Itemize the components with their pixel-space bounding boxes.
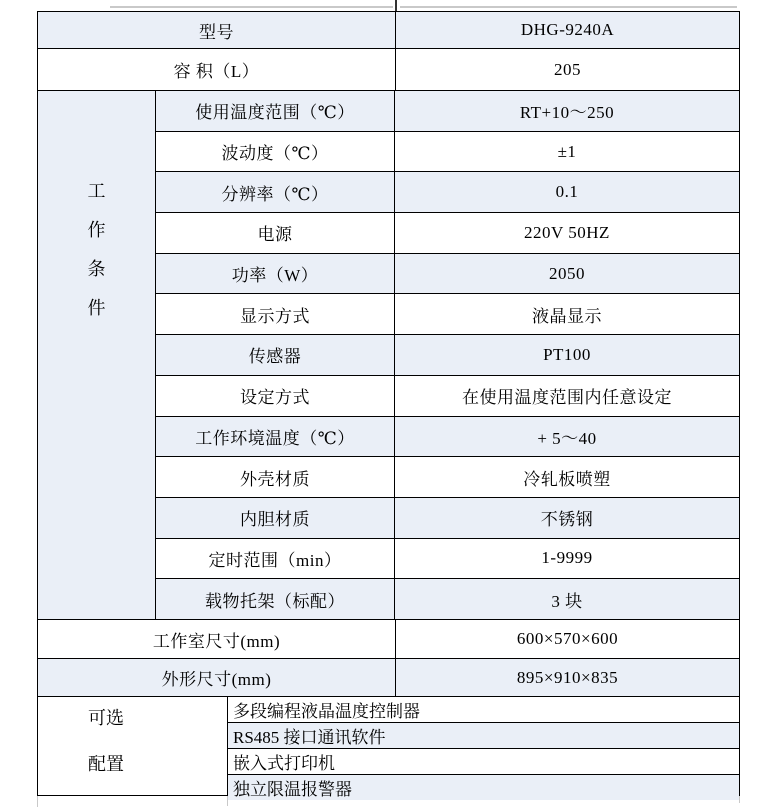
table-row-shelves: 载物托架（标配） 3 块 <box>156 579 739 619</box>
option-item-row: RS485 接口通讯软件 <box>228 723 739 749</box>
table-row-temp-range: 使用温度范围（℃） RT+10～250 <box>156 91 739 132</box>
cropped-row-remnant-line-right <box>400 6 737 8</box>
row-value: 220V 50HZ <box>395 213 739 253</box>
option-item: RS485 接口通讯软件 <box>228 723 739 748</box>
table-row-chamber-size: 工作室尺寸(mm) 600×570×600 <box>38 620 739 659</box>
row-value: 在使用温度范围内任意设定 <box>395 376 739 416</box>
option-item: 嵌入式打印机 <box>228 749 739 774</box>
group-char: 条 <box>38 250 155 289</box>
table-row-timer-range: 定时范围（min） 1-9999 <box>156 539 739 580</box>
working-conditions-rows: 使用温度范围（℃） RT+10～250 波动度（℃） ±1 分辨率（℃） 0.1… <box>156 91 739 619</box>
table-row-liner-material: 内胆材质 不锈钢 <box>156 498 739 539</box>
row-value: 2050 <box>395 254 739 294</box>
cropped-column-divider-tick-bottom-left <box>37 796 38 807</box>
cropped-column-divider-tick-top <box>395 0 397 11</box>
table-row-fluctuation: 波动度（℃） ±1 <box>156 132 739 173</box>
table-row-sensor: 传感器 PT100 <box>156 335 739 376</box>
row-value: 205 <box>396 49 739 90</box>
row-value: 600×570×600 <box>396 620 739 658</box>
group-label-line: 可选 <box>88 707 227 729</box>
option-item-row: 多段编程液晶温度控制器 <box>228 697 739 723</box>
group-label-line: 配置 <box>88 753 227 775</box>
row-value: 3 块 <box>395 579 739 619</box>
row-value: 0.1 <box>395 172 739 212</box>
row-label: 载物托架（标配） <box>156 579 395 619</box>
group-char: 工 <box>38 172 155 211</box>
table-row-setting-mode: 设定方式 在使用温度范围内任意设定 <box>156 376 739 417</box>
cropped-row-remnant-line-left <box>110 6 393 8</box>
cropped-column-divider-tick-bottom-right <box>739 796 740 803</box>
table-row-resolution: 分辨率（℃） 0.1 <box>156 172 739 213</box>
row-label: 使用温度范围（℃） <box>156 91 395 131</box>
row-value: 不锈钢 <box>395 498 739 538</box>
table-row-shell-material: 外壳材质 冷轧板喷塑 <box>156 457 739 498</box>
specification-table: 型号 DHG-9240A 容 积（L） 205 工 作 条 件 使用温度范围（℃… <box>37 11 740 796</box>
table-row-volume: 容 积（L） 205 <box>38 49 739 91</box>
spec-sheet-page: { "colors": { "row_shade": "#eaeff7", "b… <box>0 0 772 809</box>
optional-config-section: 可选 配置 多段编程液晶温度控制器 RS485 接口通讯软件 嵌入式打印机 独立… <box>38 697 739 795</box>
row-label: 功率（W） <box>156 254 395 294</box>
row-label: 设定方式 <box>156 376 395 416</box>
row-label: 显示方式 <box>156 294 395 334</box>
row-label: 工作室尺寸(mm) <box>38 620 396 658</box>
table-row-power-supply: 电源 220V 50HZ <box>156 213 739 254</box>
row-label: 工作环境温度（℃） <box>156 417 395 457</box>
row-label: 容 积（L） <box>38 49 396 90</box>
optional-config-group-cell: 可选 配置 <box>38 697 228 795</box>
row-label: 定时范围（min） <box>156 539 395 579</box>
optional-config-items: 多段编程液晶温度控制器 RS485 接口通讯软件 嵌入式打印机 独立限温报警器 <box>228 697 739 795</box>
row-label: 分辨率（℃） <box>156 172 395 212</box>
row-value: 1-9999 <box>395 539 739 579</box>
row-value: DHG-9240A <box>396 12 739 48</box>
table-row-model: 型号 DHG-9240A <box>38 12 739 49</box>
row-value: PT100 <box>395 335 739 375</box>
row-value: ±1 <box>395 132 739 172</box>
working-conditions-vertical-label: 工 作 条 件 <box>38 172 155 328</box>
row-label: 型号 <box>38 12 396 48</box>
row-label: 外壳材质 <box>156 457 395 497</box>
option-item-row: 独立限温报警器 <box>228 775 739 800</box>
row-label: 传感器 <box>156 335 395 375</box>
working-conditions-group-cell: 工 作 条 件 <box>38 91 156 619</box>
table-row-display-mode: 显示方式 液晶显示 <box>156 294 739 335</box>
table-row-wattage: 功率（W） 2050 <box>156 254 739 295</box>
option-item: 多段编程液晶温度控制器 <box>228 697 739 722</box>
row-label: 波动度（℃） <box>156 132 395 172</box>
row-value: 液晶显示 <box>395 294 739 334</box>
group-char: 件 <box>38 289 155 328</box>
row-value: RT+10～250 <box>395 91 739 131</box>
option-item-row: 嵌入式打印机 <box>228 749 739 775</box>
row-value: + 5～40 <box>395 417 739 457</box>
table-row-overall-size: 外形尺寸(mm) 895×910×835 <box>38 659 739 697</box>
group-char: 作 <box>38 211 155 250</box>
row-value: 895×910×835 <box>396 659 739 696</box>
row-label: 外形尺寸(mm) <box>38 659 396 696</box>
row-label: 电源 <box>156 213 395 253</box>
option-item: 独立限温报警器 <box>228 775 739 800</box>
row-label: 内胆材质 <box>156 498 395 538</box>
working-conditions-section: 工 作 条 件 使用温度范围（℃） RT+10～250 波动度（℃） ±1 分辨… <box>38 91 739 620</box>
row-value: 冷轧板喷塑 <box>395 457 739 497</box>
table-row-ambient-temp: 工作环境温度（℃） + 5～40 <box>156 417 739 458</box>
